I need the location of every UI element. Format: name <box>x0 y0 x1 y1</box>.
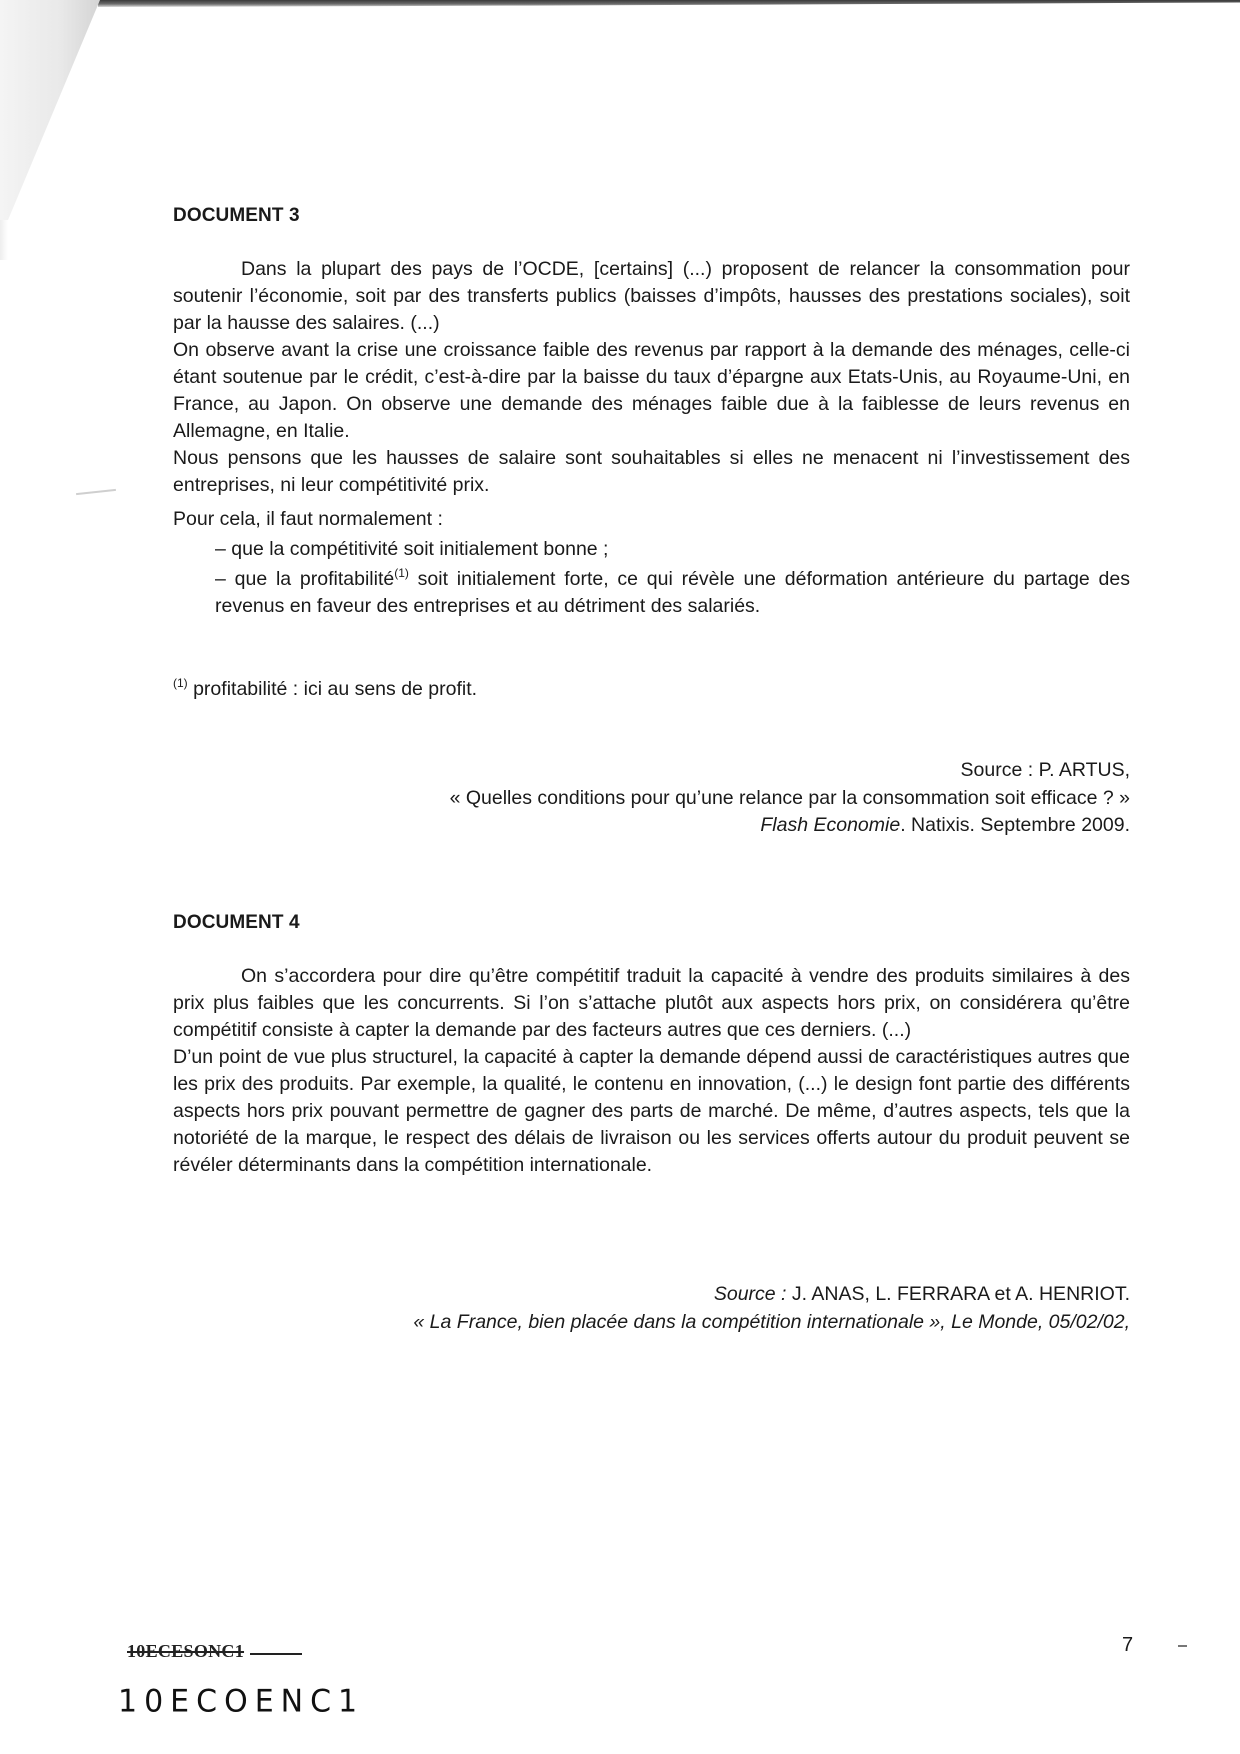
document-3-paragraph-2: On observe avant la crise une croissance… <box>173 337 1130 445</box>
source-title: « La France, bien placée dans la compéti… <box>413 1309 1130 1337</box>
source-publication-name: Flash Economie <box>760 814 900 836</box>
condition-text: – que la profitabilité <box>215 568 394 590</box>
source-label: Source : <box>714 1283 787 1305</box>
document-3-footnote: (1) profitabilité : ici au sens de profi… <box>173 678 477 701</box>
source-author-names: J. ANAS, L. FERRARA et A. HENRIOT. <box>786 1283 1130 1305</box>
footnote-text: profitabilité : ici au sens de profit. <box>188 678 477 700</box>
strike-line <box>250 1653 302 1655</box>
source-author: Source : P. ARTUS, <box>450 757 1130 785</box>
scan-page-fold <box>0 0 100 220</box>
document-4-paragraph-1: On s’accordera pour dire qu’être compéti… <box>173 963 1130 1044</box>
scan-mark <box>1178 1645 1187 1647</box>
document-3-paragraph-3: Nous pensons que les hausses de salaire … <box>173 445 1130 499</box>
document-4-heading: DOCUMENT 4 <box>173 912 300 934</box>
scan-edge-shadow <box>98 0 1240 7</box>
handwritten-subject-code: 10ECOENC1 <box>118 1683 364 1720</box>
document-3-source: Source : P. ARTUS, « Quelles conditions … <box>450 757 1130 840</box>
printed-subject-code: 10ECESONC1 <box>127 1641 244 1662</box>
scanned-page: DOCUMENT 3 Dans la plupart des pays de l… <box>0 0 1240 1754</box>
document-3-conditions: Pour cela, il faut normalement : – que l… <box>173 506 1130 623</box>
source-title: « Quelles conditions pour qu’une relance… <box>450 785 1130 813</box>
document-4-paragraph-2: D’un point de vue plus structurel, la ca… <box>173 1044 1130 1179</box>
condition-item: – que la profitabilité(1) soit initialem… <box>215 566 1130 620</box>
scan-mark <box>76 489 116 495</box>
document-3-heading: DOCUMENT 3 <box>173 205 300 227</box>
document-3-body: Dans la plupart des pays de l’OCDE, [cer… <box>173 256 1130 499</box>
source-publication-details: . Natixis. Septembre 2009. <box>900 814 1130 836</box>
condition-text: – que la compétitivité soit initialement… <box>215 538 608 560</box>
conditions-intro: Pour cela, il faut normalement : <box>173 506 1130 533</box>
footnote-marker: (1) <box>173 676 188 690</box>
condition-item: – que la compétitivité soit initialement… <box>215 536 1130 563</box>
conditions-list: – que la compétitivité soit initialement… <box>173 536 1130 620</box>
source-publication: Flash Economie. Natixis. Septembre 2009. <box>450 812 1130 840</box>
scan-page-fold-strip <box>0 220 8 260</box>
struck-code: 10ECESONC1 <box>127 1641 244 1661</box>
document-4-source: Source : J. ANAS, L. FERRARA et A. HENRI… <box>413 1281 1130 1336</box>
source-authors: Source : J. ANAS, L. FERRARA et A. HENRI… <box>413 1281 1130 1309</box>
document-4-body: On s’accordera pour dire qu’être compéti… <box>173 963 1130 1179</box>
document-3-paragraph-1: Dans la plupart des pays de l’OCDE, [cer… <box>173 256 1130 337</box>
page-number: 7 <box>1122 1634 1133 1657</box>
footnote-reference: (1) <box>394 566 409 580</box>
